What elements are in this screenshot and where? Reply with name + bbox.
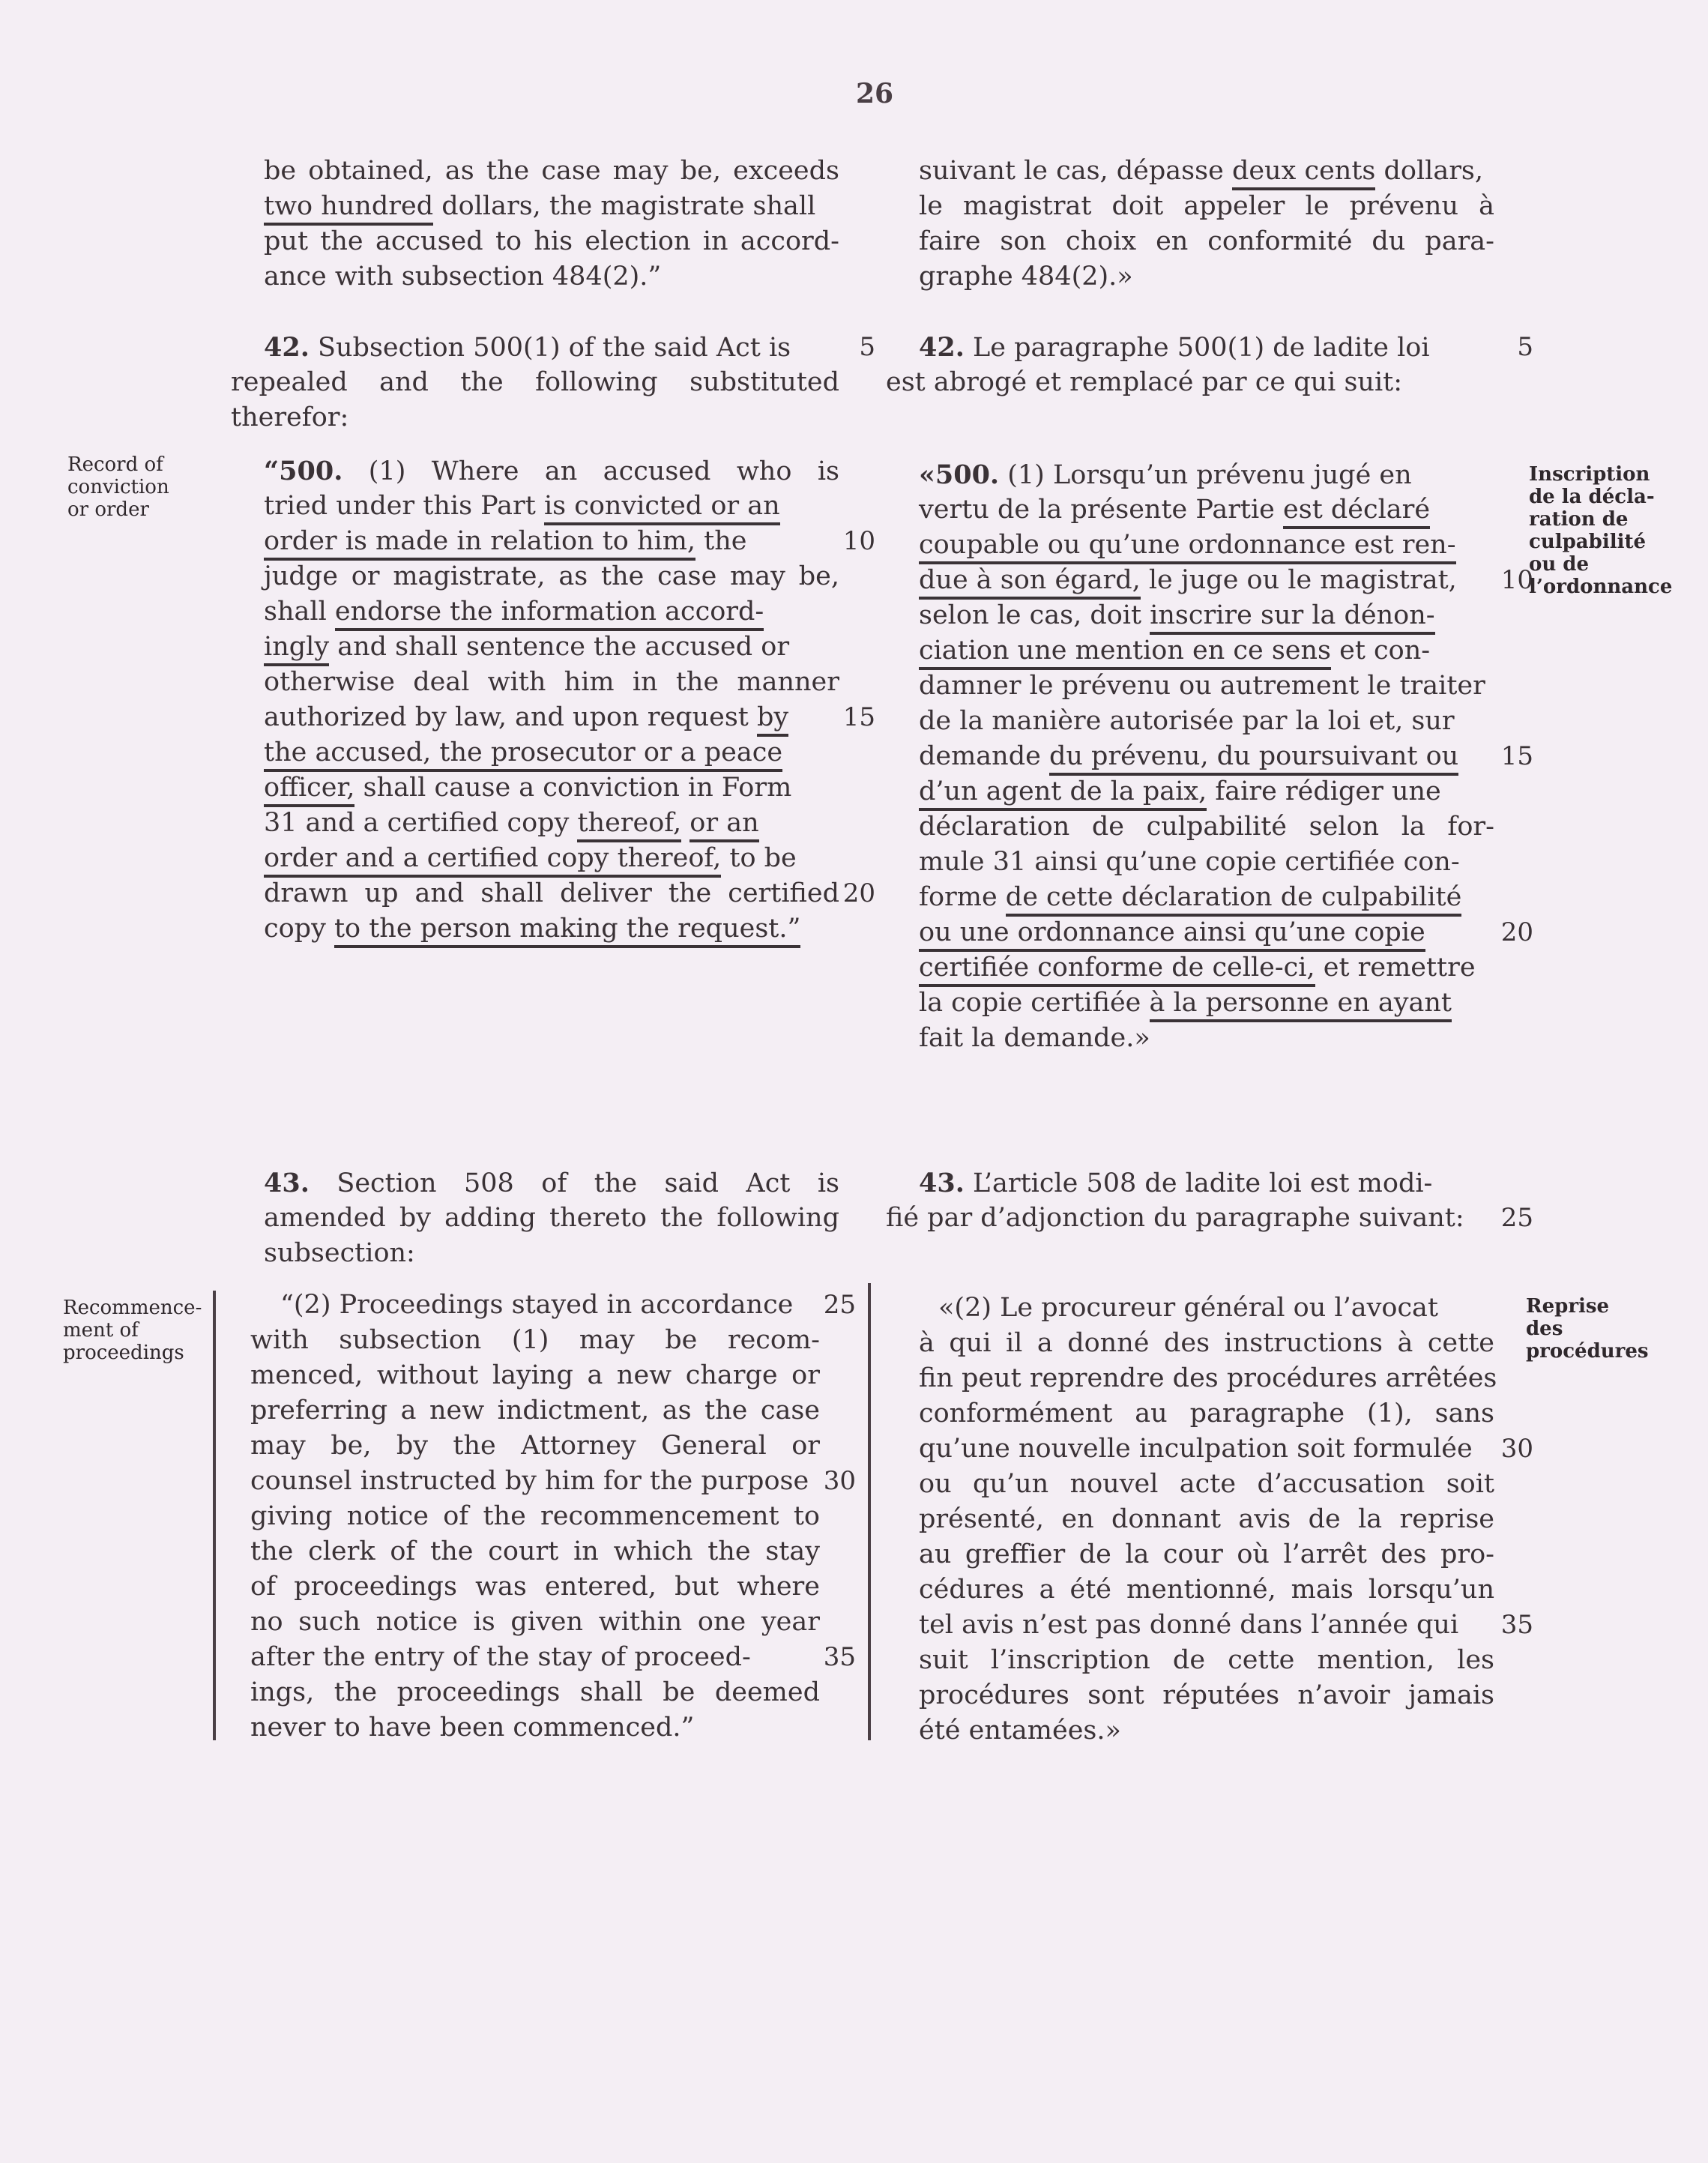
text-line: two hundred dollars, the magistrate shal… [264, 189, 839, 224]
text-line: la copie certifiée à la personne en ayan… [919, 986, 1494, 1021]
text-line: qu’une nouvelle inculpation soit formulé… [919, 1432, 1494, 1467]
clause-42-fr: 42. Le paragraphe 500(1) de ladite loi5 … [919, 330, 1494, 400]
text-line: cédures a été mentionné, mais lorsqu’un [919, 1572, 1494, 1608]
text-line: copy to the person making the request.” [264, 911, 839, 947]
text-line: after the entry of the stay of proceed-3… [250, 1640, 820, 1675]
margin-note-reprise: Reprise des procédures [1526, 1295, 1649, 1363]
text-line: 43. L’article 508 de ladite loi est modi… [919, 1165, 1494, 1201]
text-line: the accused, the prosecutor or a peace [264, 735, 839, 770]
new-text-marker-bar [213, 1291, 216, 1740]
text-line: certifiée conforme de celle-ci, et remet… [919, 950, 1494, 986]
text-line: ingly and shall sentence the accused or [264, 630, 839, 665]
text-line: 42. Le paragraphe 500(1) de ladite loi5 [919, 330, 1494, 365]
text-line: demande du prévenu, du poursuivant ou15 [919, 739, 1494, 774]
text-line: put the accused to his election in accor… [264, 224, 839, 259]
text-line: may be, by the Attorney General or [250, 1429, 820, 1464]
text-line: shall endorse the information accord- [264, 594, 839, 630]
text-line: counsel instructed by him for the purpos… [250, 1464, 820, 1499]
margin-note-record-of-conviction: Record of conviction or order [67, 453, 169, 521]
text-line: order and a certified copy thereof, to b… [264, 841, 839, 876]
text-line: mule 31 ainsi qu’une copie certifiée con… [919, 845, 1494, 880]
text-line: au greffier de la cour où l’arrêt des pr… [919, 1537, 1494, 1572]
text-line: be obtained, as the case may be, exceeds [264, 154, 839, 189]
section-500-fr: «500. (1) Lorsqu’un prévenu jugé en vert… [919, 457, 1494, 1056]
text-line: «(2) Le procureur général ou l’avocat [919, 1291, 1494, 1326]
text-line: à qui il a donné des instructions à cett… [919, 1326, 1494, 1361]
text-line: amended by adding thereto the following [264, 1201, 839, 1236]
text-line: preferring a new indictment, as the case [250, 1393, 820, 1429]
text-line: authorized by law, and upon request by15 [264, 700, 839, 735]
text-line: ou qu’un nouvel acte d’accusation soit [919, 1467, 1494, 1502]
text-line: drawn up and shall deliver the certified… [264, 876, 839, 911]
text-line: no such notice is given within one year [250, 1605, 820, 1640]
text-line: never to have been commenced.” [250, 1710, 820, 1746]
text-line: due à son égard, le juge ou le magistrat… [919, 563, 1494, 598]
text-line: de la manière autorisée par la loi et, s… [919, 704, 1494, 739]
text-line: with subsection (1) may be recom- [250, 1323, 820, 1358]
text-line: suivant le cas, dépasse deux cents dolla… [919, 154, 1494, 189]
text-line: faire son choix en conformité du para- [919, 224, 1494, 259]
text-line: therefor: [231, 400, 839, 435]
text-line: damner le prévenu ou autrement le traite… [919, 669, 1494, 704]
text-line: 31 and a certified copy thereof, or an [264, 806, 839, 841]
text-line: conformément au paragraphe (1), sans [919, 1396, 1494, 1432]
text-line: tel avis n’est pas donné dans l’année qu… [919, 1608, 1494, 1643]
text-line: déclaration de culpabilité selon la for- [919, 809, 1494, 845]
text-line: fait la demande.» [919, 1021, 1494, 1056]
clause-42-en: 42. Subsection 500(1) of the said Act is… [264, 330, 839, 435]
clause-43-en: 43. Section 508 of the said Act is amend… [264, 1165, 839, 1271]
text-line: judge or magistrate, as the case may be, [264, 559, 839, 594]
text-line: 43. Section 508 of the said Act is [264, 1165, 839, 1201]
text-line: forme de cette déclaration de culpabilit… [919, 880, 1494, 915]
text-line: of proceedings was entered, but where [250, 1569, 820, 1605]
text-line: subsection: [264, 1236, 839, 1271]
text-line: d’un agent de la paix, faire rédiger une [919, 774, 1494, 809]
text-line: “500. (1) Where an accused who is [264, 453, 839, 489]
text-line: fin peut reprendre des procédures arrêté… [919, 1361, 1494, 1396]
section-500-en: “500. (1) Where an accused who is tried … [264, 453, 839, 947]
new-text-marker-bar [868, 1283, 871, 1740]
text-line: ings, the proceedings shall be deemed [250, 1675, 820, 1710]
subsection-508-2-en: “(2) Proceedings stayed in accordance25 … [250, 1288, 820, 1746]
text-line: officer, shall cause a conviction in For… [264, 770, 839, 806]
text-line: fié par d’adjonction du paragraphe suiva… [886, 1201, 1494, 1236]
subsection-508-2-fr: «(2) Le procureur général ou l’avocat à … [919, 1291, 1494, 1749]
text-line: “(2) Proceedings stayed in accordance25 [250, 1288, 820, 1323]
text-line: giving notice of the recommencement to [250, 1499, 820, 1534]
text-line: order is made in relation to him, the10 [264, 524, 839, 559]
text-line: selon le cas, doit inscrire sur la dénon… [919, 598, 1494, 633]
text-line: ciation une mention en ce sens et con- [919, 633, 1494, 669]
text-line: procédures sont réputées n’avoir jamais [919, 1678, 1494, 1713]
text-line: repealed and the following substituted [231, 365, 839, 400]
text-line: the clerk of the court in which the stay [250, 1534, 820, 1569]
text-line: ance with subsection 484(2).” [264, 259, 839, 295]
margin-note-recommencement: Recommence- ment of proceedings [63, 1297, 202, 1364]
clause-43-fr: 43. L’article 508 de ladite loi est modi… [919, 1165, 1494, 1236]
clause-number: 42. [264, 332, 310, 363]
margin-note-inscription: Inscription de la décla- ration de culpa… [1529, 463, 1672, 598]
text-line: suit l’inscription de cette mention, les [919, 1643, 1494, 1678]
amended-text: two hundred [264, 191, 433, 226]
text-line: 42. Subsection 500(1) of the said Act is… [264, 330, 839, 365]
text-line: graphe 484(2).» [919, 259, 1494, 295]
text-line: «500. (1) Lorsqu’un prévenu jugé en [919, 457, 1494, 492]
french-column: suivant le cas, dépasse deux cents dolla… [919, 154, 1494, 295]
line-number: 5 [859, 330, 875, 365]
text-line: vertu de la présente Partie est déclaré [919, 492, 1494, 528]
text-line: est abrogé et remplacé par ce qui suit: [886, 365, 1494, 400]
english-column: be obtained, as the case may be, exceeds… [264, 154, 839, 295]
text-line: présenté, en donnant avis de la reprise [919, 1502, 1494, 1537]
text-line: coupable ou qu’une ordonnance est ren- [919, 528, 1494, 563]
text-line: otherwise deal with him in the manner [264, 665, 839, 700]
text-line: ou une ordonnance ainsi qu’une copie20 [919, 915, 1494, 950]
text-line: tried under this Part is convicted or an [264, 489, 839, 524]
text-line: le magistrat doit appeler le prévenu à [919, 189, 1494, 224]
page-number: 26 [856, 78, 893, 109]
text-line: menced, without laying a new charge or [250, 1358, 820, 1393]
text-line: été entamées.» [919, 1713, 1494, 1749]
